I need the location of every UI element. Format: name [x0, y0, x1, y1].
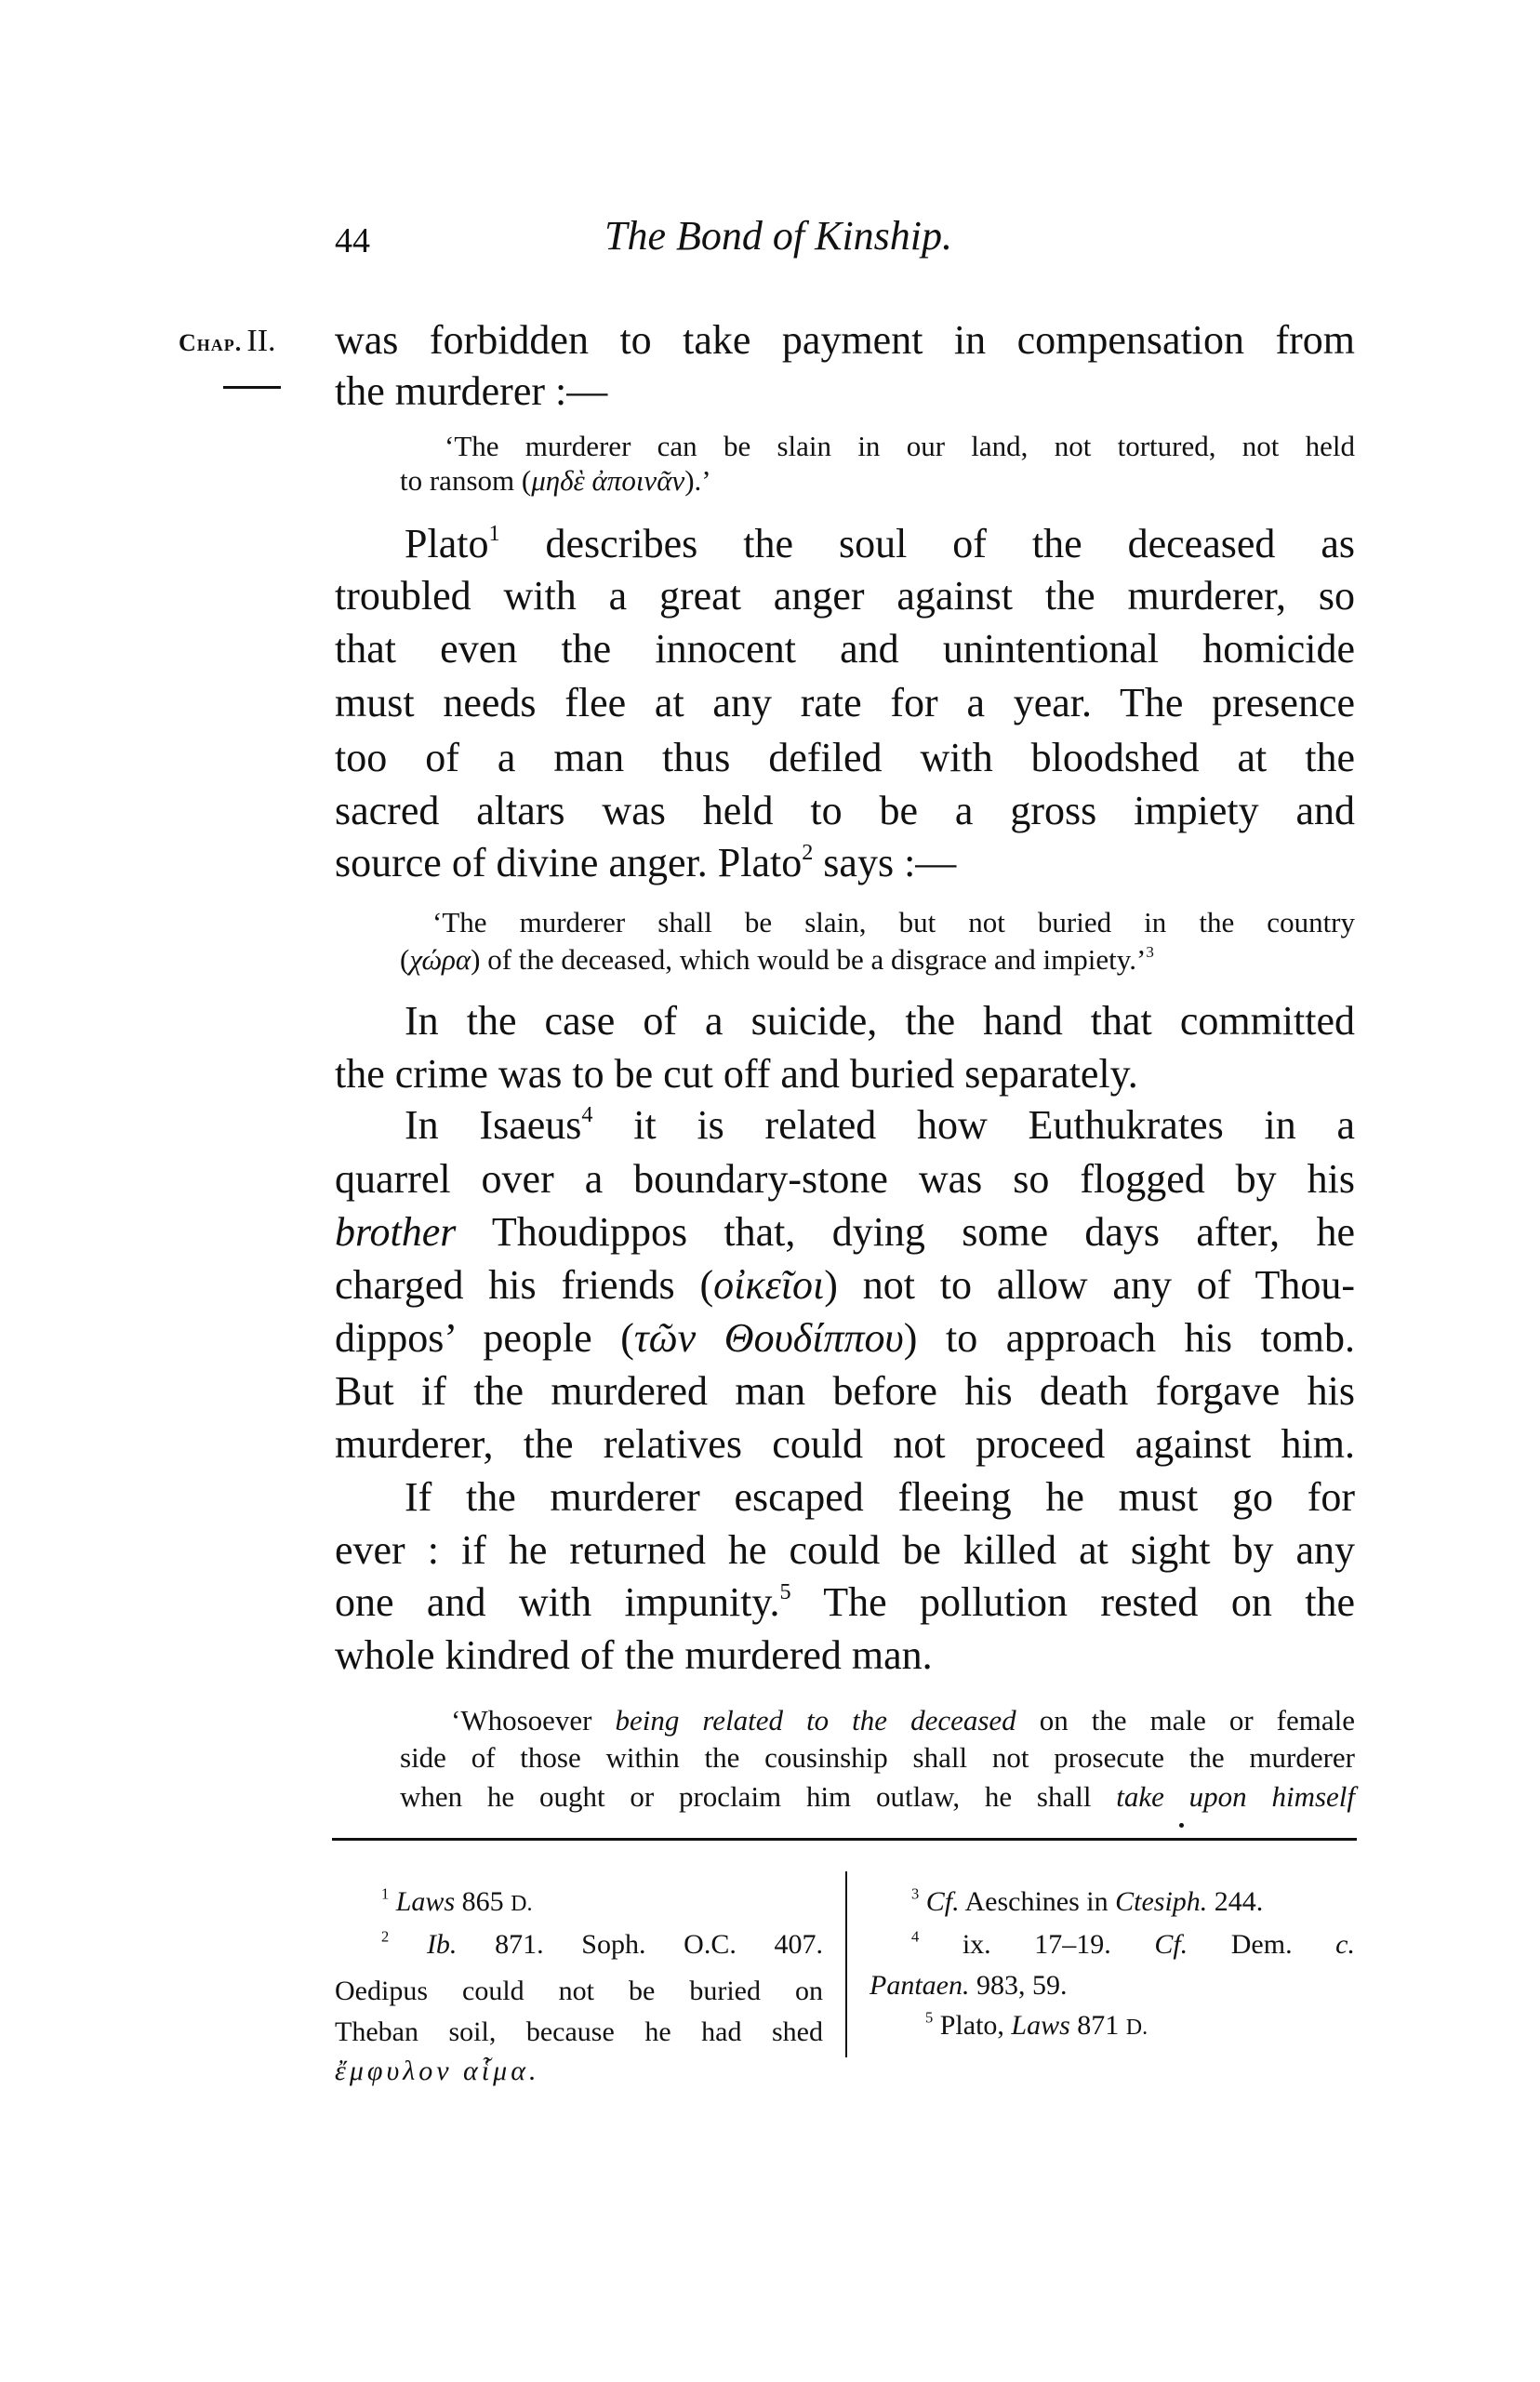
footnote-column-divider	[845, 1871, 847, 2057]
body-line: In Isaeus4 it is related how Euthukrates…	[405, 1105, 1355, 1150]
body-text: Plato	[405, 521, 488, 566]
body-text: In Isaeus	[405, 1102, 581, 1148]
body-line: that even the innocent and unintentional…	[335, 629, 1355, 673]
footnote-2-line: Oedipus could not be buried on	[335, 1977, 823, 2008]
chapter-marker-rule	[223, 386, 281, 389]
body-line: the crime was to be cut off and buried s…	[335, 1054, 1138, 1095]
running-title: The Bond of Kinship.	[604, 216, 952, 257]
body-line: too of a man thus defiled with bloodshed…	[335, 738, 1355, 782]
quote-line: ‘The murderer shall be slain, but not bu…	[432, 908, 1355, 939]
body-line: whole kindred of the murdered man.	[335, 1635, 933, 1676]
footnote-text: 865	[462, 1886, 504, 1917]
emphasis-text: take upon himself	[1116, 1780, 1355, 1813]
body-line: dippos’ people (τῶν Θουδίππου) to approa…	[335, 1318, 1355, 1363]
quote-line: ‘The murderer can be slain in our land, …	[445, 432, 1355, 463]
body-text: says :—	[823, 840, 956, 885]
quote-line: to ransom (μηδὲ ἀποινᾶν).’	[400, 466, 711, 495]
footnote-2-line: Theban soil, because he had shed	[335, 2018, 823, 2049]
footnote-title: Pantaen.	[870, 1970, 969, 2001]
body-text: charged his friends (	[335, 1262, 713, 1308]
body-line: troubled with a great anger against the …	[335, 576, 1355, 620]
footnote-text: 244.	[1215, 1886, 1264, 1917]
body-text: it is related how Euthukrates in a	[633, 1102, 1355, 1148]
body-text: ) not to allow any of Thou-	[824, 1262, 1355, 1308]
footnote-2: 2 Ib. 871. Soph. O.C. 407.	[381, 1931, 823, 1962]
quote-text: ‘Whosoever	[451, 1704, 592, 1737]
footnote-text: D.	[511, 1892, 532, 1916]
body-line: the murderer :—	[335, 371, 607, 412]
footnote-ref-2[interactable]: 2	[802, 840, 813, 865]
body-line: was forbidden to take payment in compens…	[335, 320, 1355, 365]
greek-text: χώρα	[409, 943, 471, 976]
footnote-5: 5 Plato, Laws 871 D.	[925, 2012, 1148, 2040]
footnote-title: Laws	[1011, 2010, 1069, 2041]
greek-text: μηδὲ ἀποινᾶν	[531, 464, 684, 497]
quote-text: of the deceased, which would be a disgra…	[487, 943, 1146, 976]
chapter-number: II.	[246, 324, 275, 358]
footnote-mark: 3	[911, 1885, 919, 1903]
footnote-title: Ib.	[427, 1929, 458, 1960]
chapter-marker: Chap. II.	[179, 326, 276, 357]
body-text: one and with impunity.	[335, 1579, 780, 1625]
footnote-mark: 5	[925, 2009, 933, 2027]
body-line: charged his friends (οἰκεῖοι) not to all…	[335, 1265, 1355, 1310]
body-line: source of divine anger. Plato2 says :—	[335, 843, 956, 884]
footnote-mark: 2	[381, 1928, 389, 1946]
body-line: ever : if he returned he could be killed…	[335, 1530, 1355, 1575]
body-line: In the case of a suicide, the hand that …	[405, 1001, 1355, 1045]
quote-line: ‘Whosoever being related to the deceased…	[451, 1706, 1355, 1737]
body-line: murderer, the relatives could not procee…	[335, 1424, 1355, 1469]
quote-text: on the male or female	[1040, 1704, 1355, 1737]
footnote-text: Cf.	[926, 1886, 960, 1917]
footnote-1: 1 Laws 865 D.	[381, 1888, 532, 1916]
quote-line: when he ought or proclaim him outlaw, he…	[400, 1782, 1355, 1814]
footnote-text: ix. 17–19.	[962, 1929, 1111, 1960]
greek-text: οἰκεῖοι	[713, 1262, 824, 1308]
body-text: source of divine anger. Plato	[335, 840, 802, 885]
body-line: Plato1 describes the soul of the decease…	[405, 524, 1355, 568]
footnote-mark: 1	[381, 1885, 389, 1903]
book-page: 44 The Bond of Kinship. Chap. II. was fo…	[0, 0, 1540, 2382]
footnote-text: 871	[1077, 2010, 1119, 2041]
footnote-title: Laws	[396, 1886, 455, 1917]
greek-text: τῶν Θουδίππου	[634, 1315, 904, 1361]
body-text: The pollution rested on the	[823, 1579, 1355, 1625]
footnote-separator	[332, 1838, 1357, 1841]
footnote-text: c.	[1335, 1929, 1355, 1960]
body-line: quarrel over a boundary-stone was so flo…	[335, 1159, 1355, 1204]
catchword-dot	[1179, 1823, 1184, 1828]
body-line: If the murderer escaped fleeing he must …	[405, 1477, 1355, 1522]
body-line: one and with impunity.5 The pollution re…	[335, 1582, 1355, 1627]
body-line: must needs flee at any rate for a year. …	[335, 683, 1355, 727]
footnote-3: 3 Cf. Aeschines in Ctesiph. 244.	[911, 1888, 1263, 1916]
page-number: 44	[335, 223, 370, 259]
footnote-text: Dem.	[1231, 1929, 1293, 1960]
quote-line: side of those within the cousinship shal…	[400, 1743, 1355, 1775]
emphasis-text: being related to the deceased	[616, 1704, 1016, 1737]
footnote-mark: 4	[911, 1928, 919, 1946]
body-line: But if the murdered man before his death…	[335, 1371, 1355, 1416]
emphasis-text: brother	[335, 1209, 456, 1255]
footnote-text: D.	[1126, 2016, 1148, 2040]
footnote-ref-4[interactable]: 4	[581, 1102, 592, 1127]
body-text: ) to approach his tomb.	[904, 1315, 1355, 1361]
chapter-label: Chap.	[179, 329, 242, 356]
body-line: sacred altars was held to be a gross imp…	[335, 791, 1355, 835]
footnote-text: Aeschines in	[964, 1886, 1108, 1917]
footnote-text: Cf.	[1154, 1929, 1188, 1960]
quote-line: (χώρα) of the deceased, which would be a…	[400, 945, 1154, 974]
footnote-4: 4 ix. 17–19. Cf. Dem. c.	[911, 1931, 1355, 1962]
footnote-ref-1[interactable]: 1	[488, 521, 499, 546]
body-text: Thoudippos that, dying some days after, …	[492, 1209, 1355, 1255]
quote-text: when he ought or proclaim him outlaw, he…	[400, 1780, 1091, 1813]
footnote-4-line: Pantaen. 983, 59.	[870, 1972, 1067, 2000]
footnote-ref-5[interactable]: 5	[780, 1579, 791, 1604]
quote-text: to ransom (	[400, 464, 531, 497]
footnote-text: Plato,	[940, 2010, 1004, 2041]
quote-text: ).’	[684, 464, 710, 497]
footnote-text: 983, 59.	[976, 1970, 1068, 2001]
footnote-ref-3[interactable]: 3	[1146, 943, 1154, 961]
body-text: dippos’ people (	[335, 1315, 634, 1361]
body-line: brother Thoudippos that, dying some days…	[335, 1212, 1355, 1257]
footnote-2-greek: ἔμφυλον αἷμα.	[335, 2057, 539, 2085]
footnote-title: Ctesiph.	[1115, 1886, 1207, 1917]
footnote-text: 871. Soph. O.C. 407.	[495, 1929, 823, 1960]
body-text: describes the soul of the deceased as	[546, 521, 1355, 566]
